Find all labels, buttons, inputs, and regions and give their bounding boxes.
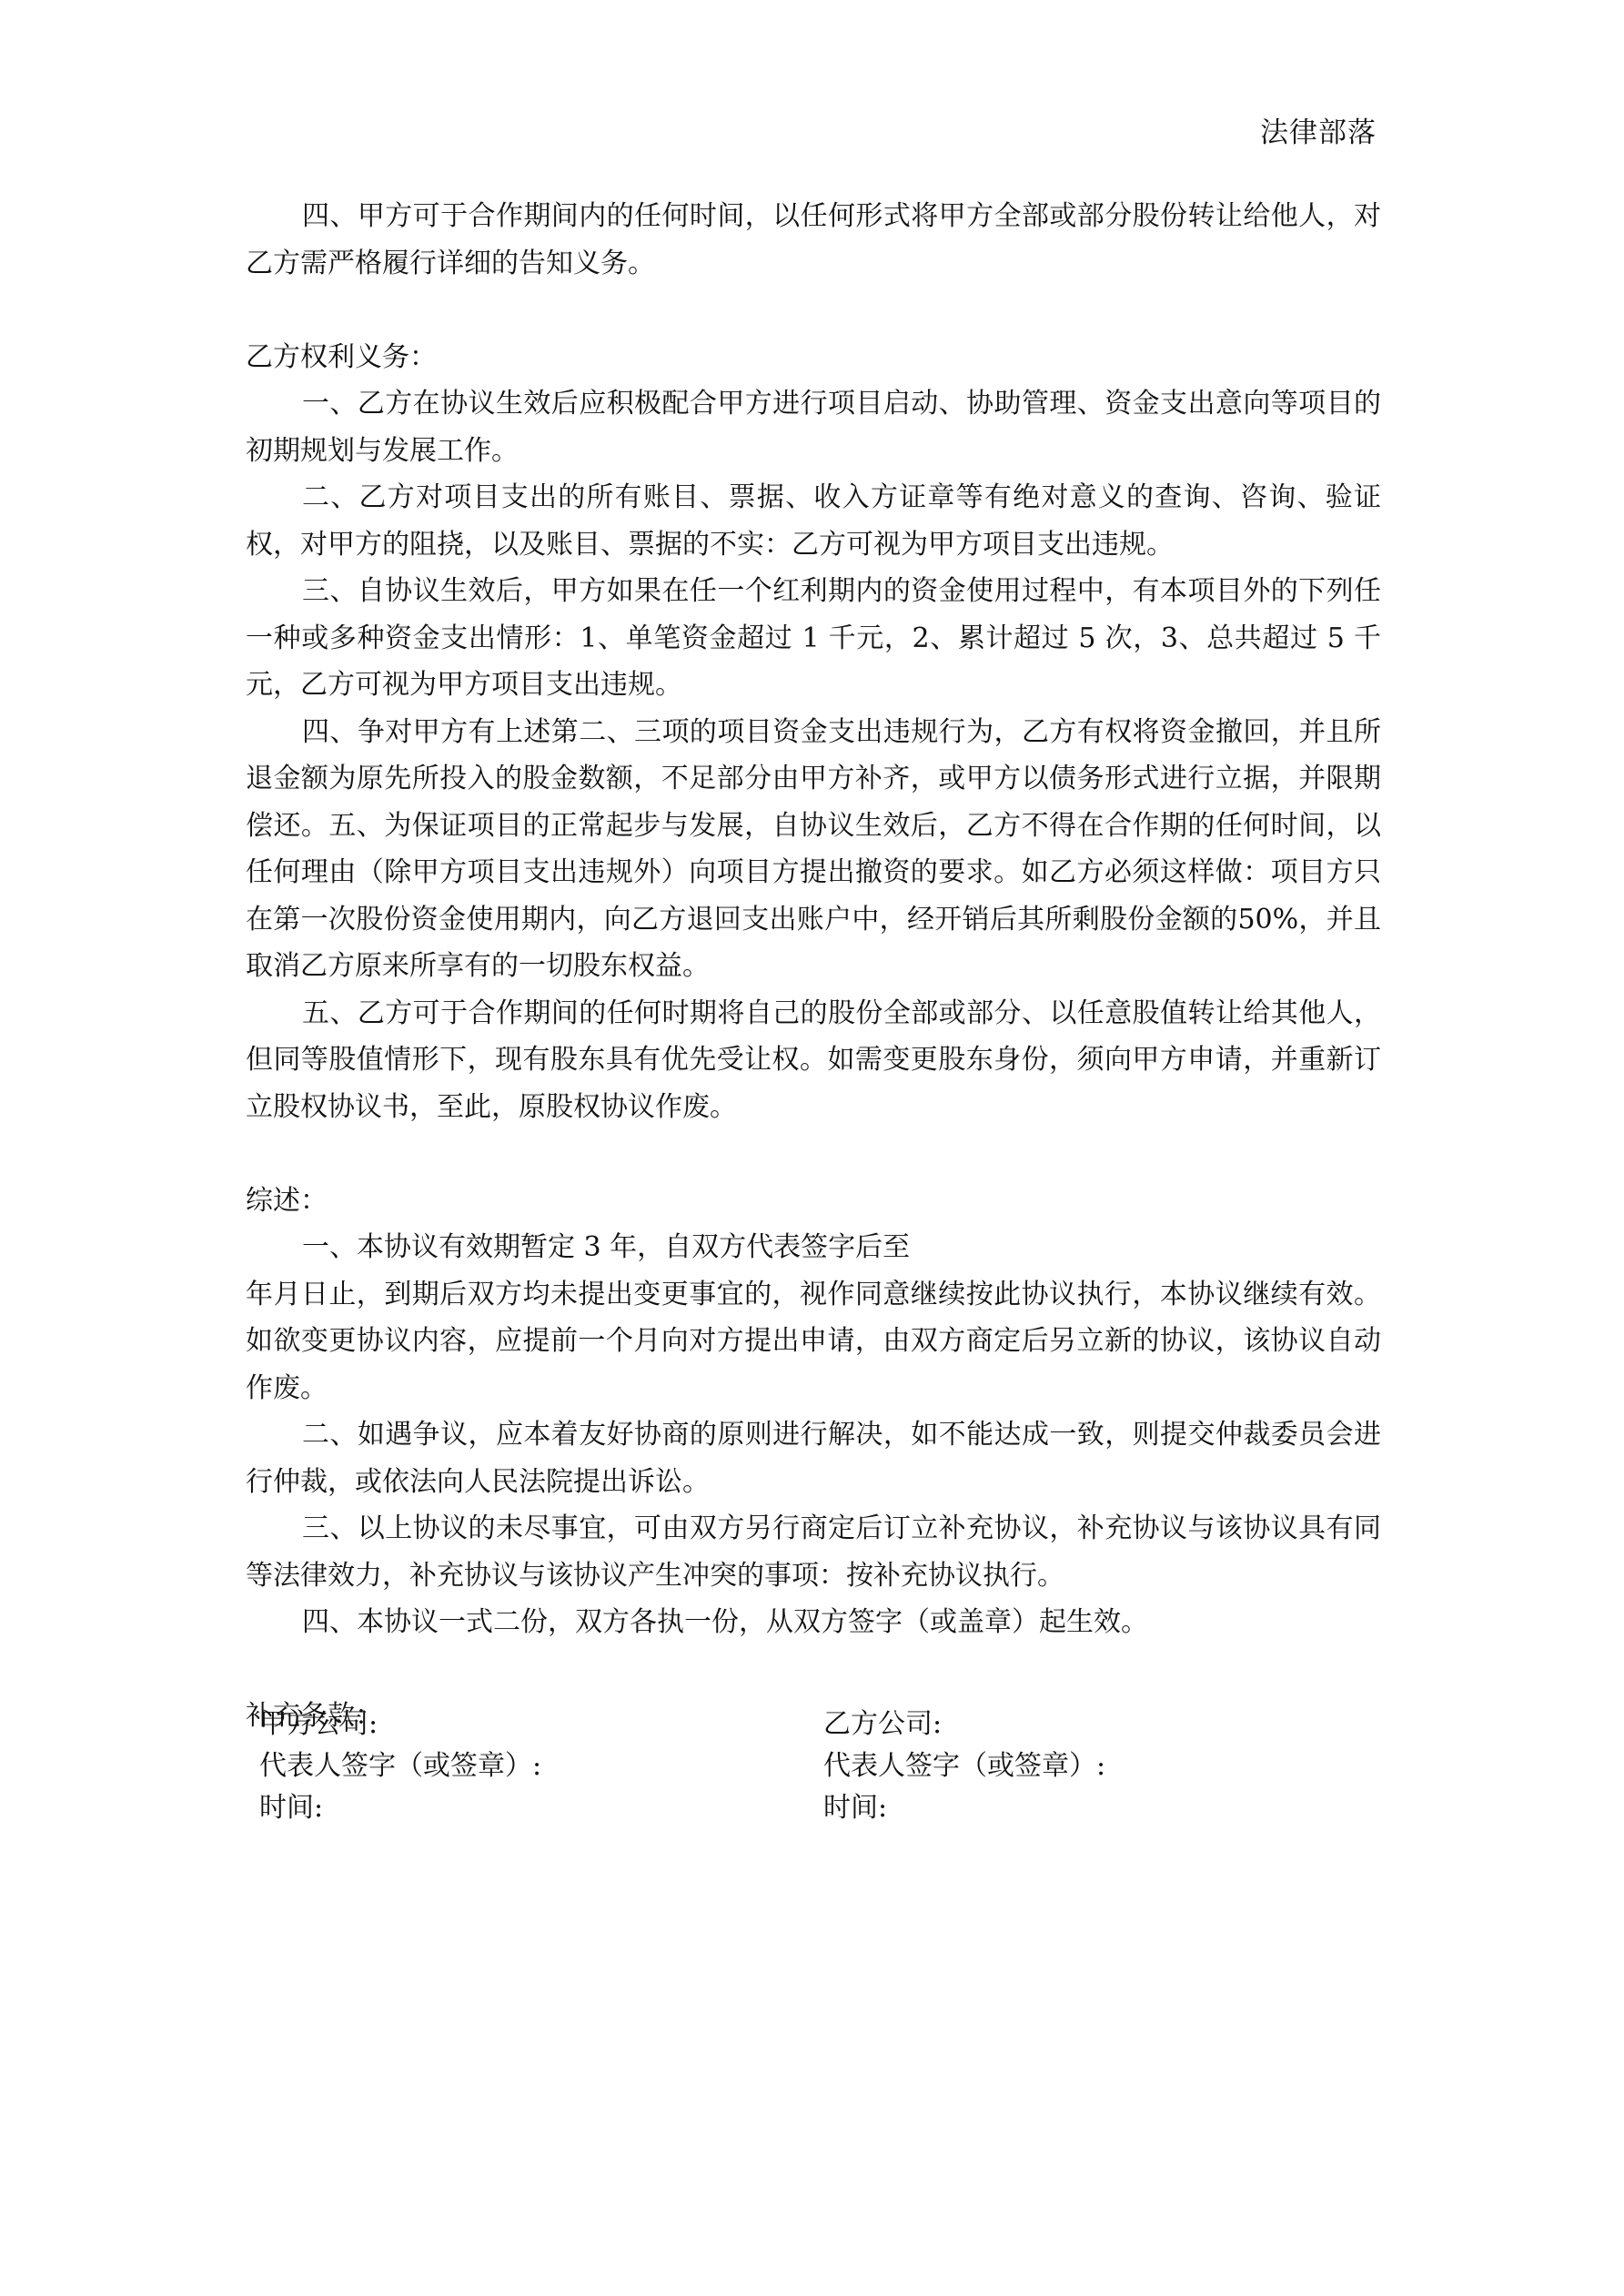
clause-b-4: 四、争对甲方有上述第二、三项的项目资金支出违规行为，乙方有权将资金撤回，并且所退…	[246, 709, 1381, 990]
party-b-rep-label: 代表人签字（或签章）:	[823, 1745, 1387, 1787]
party-a-time-label: 时间:	[259, 1787, 823, 1829]
clause-b-5: 五、乙方可于合作期间的任何时期将自己的股份全部或部分、以任意股值转让给其他人，但…	[246, 990, 1381, 1131]
clause-c-4: 四、本协议一式二份，双方各执一份，从双方签字（或盖章）起生效。	[246, 1599, 1381, 1646]
clause-c-1-line1: 一、本协议有效期暂定 3 年，自双方代表签字后至	[246, 1224, 1381, 1271]
signature-block: 甲方公司: 代表人签字（或签章）: 时间: 乙方公司: 代表人签字（或签章）: …	[259, 1704, 1387, 1829]
party-b-time-label: 时间:	[823, 1787, 1387, 1829]
party-a-company-label: 甲方公司:	[259, 1704, 823, 1745]
clause-c-2: 二、如遇争议，应本着友好协商的原则进行解决，如不能达成一致，则提交仲裁委员会进行…	[246, 1411, 1381, 1505]
clause-b-1: 一、乙方在协议生效后应积极配合甲方进行项目启动、协助管理、资金支出意向等项目的初…	[246, 380, 1381, 474]
spacer	[246, 1130, 1381, 1178]
party-a-rep-label: 代表人签字（或签章）:	[259, 1745, 823, 1787]
document-body: 四、甲方可于合作期间内的任何时间，以任何形式将甲方全部或部分股份转让给他人，对乙…	[246, 193, 1381, 1740]
clause-c-3: 三、以上协议的未尽事宜，可由双方另行商定后订立补充协议，补充协议与该协议具有同等…	[246, 1505, 1381, 1599]
party-b-company-label: 乙方公司:	[823, 1704, 1387, 1745]
clause-b-2: 二、乙方对项目支出的所有账目、票据、收入方证章等有绝对意义的查询、咨询、验证权，…	[246, 474, 1381, 568]
clause-c-1-rest: 年月日止，到期后双方均未提出变更事宜的，视作同意继续按此协议执行，本协议继续有效…	[246, 1271, 1381, 1412]
clause-a-4: 四、甲方可于合作期间内的任何时间，以任何形式将甲方全部或部分股份转让给他人，对乙…	[246, 193, 1381, 287]
spacer	[246, 1646, 1381, 1694]
section-heading-summary: 综述：	[246, 1178, 1381, 1225]
section-heading-party-b: 乙方权利义务：	[246, 334, 1381, 381]
signature-party-b: 乙方公司: 代表人签字（或签章）: 时间:	[823, 1704, 1387, 1829]
spacer	[246, 287, 1381, 334]
signature-party-a: 甲方公司: 代表人签字（或签章）: 时间:	[259, 1704, 823, 1829]
clause-b-3: 三、自协议生效后，甲方如果在任一个红利期内的资金使用过程中，有本项目外的下列任一…	[246, 568, 1381, 709]
header-brand: 法律部落	[1260, 115, 1377, 151]
